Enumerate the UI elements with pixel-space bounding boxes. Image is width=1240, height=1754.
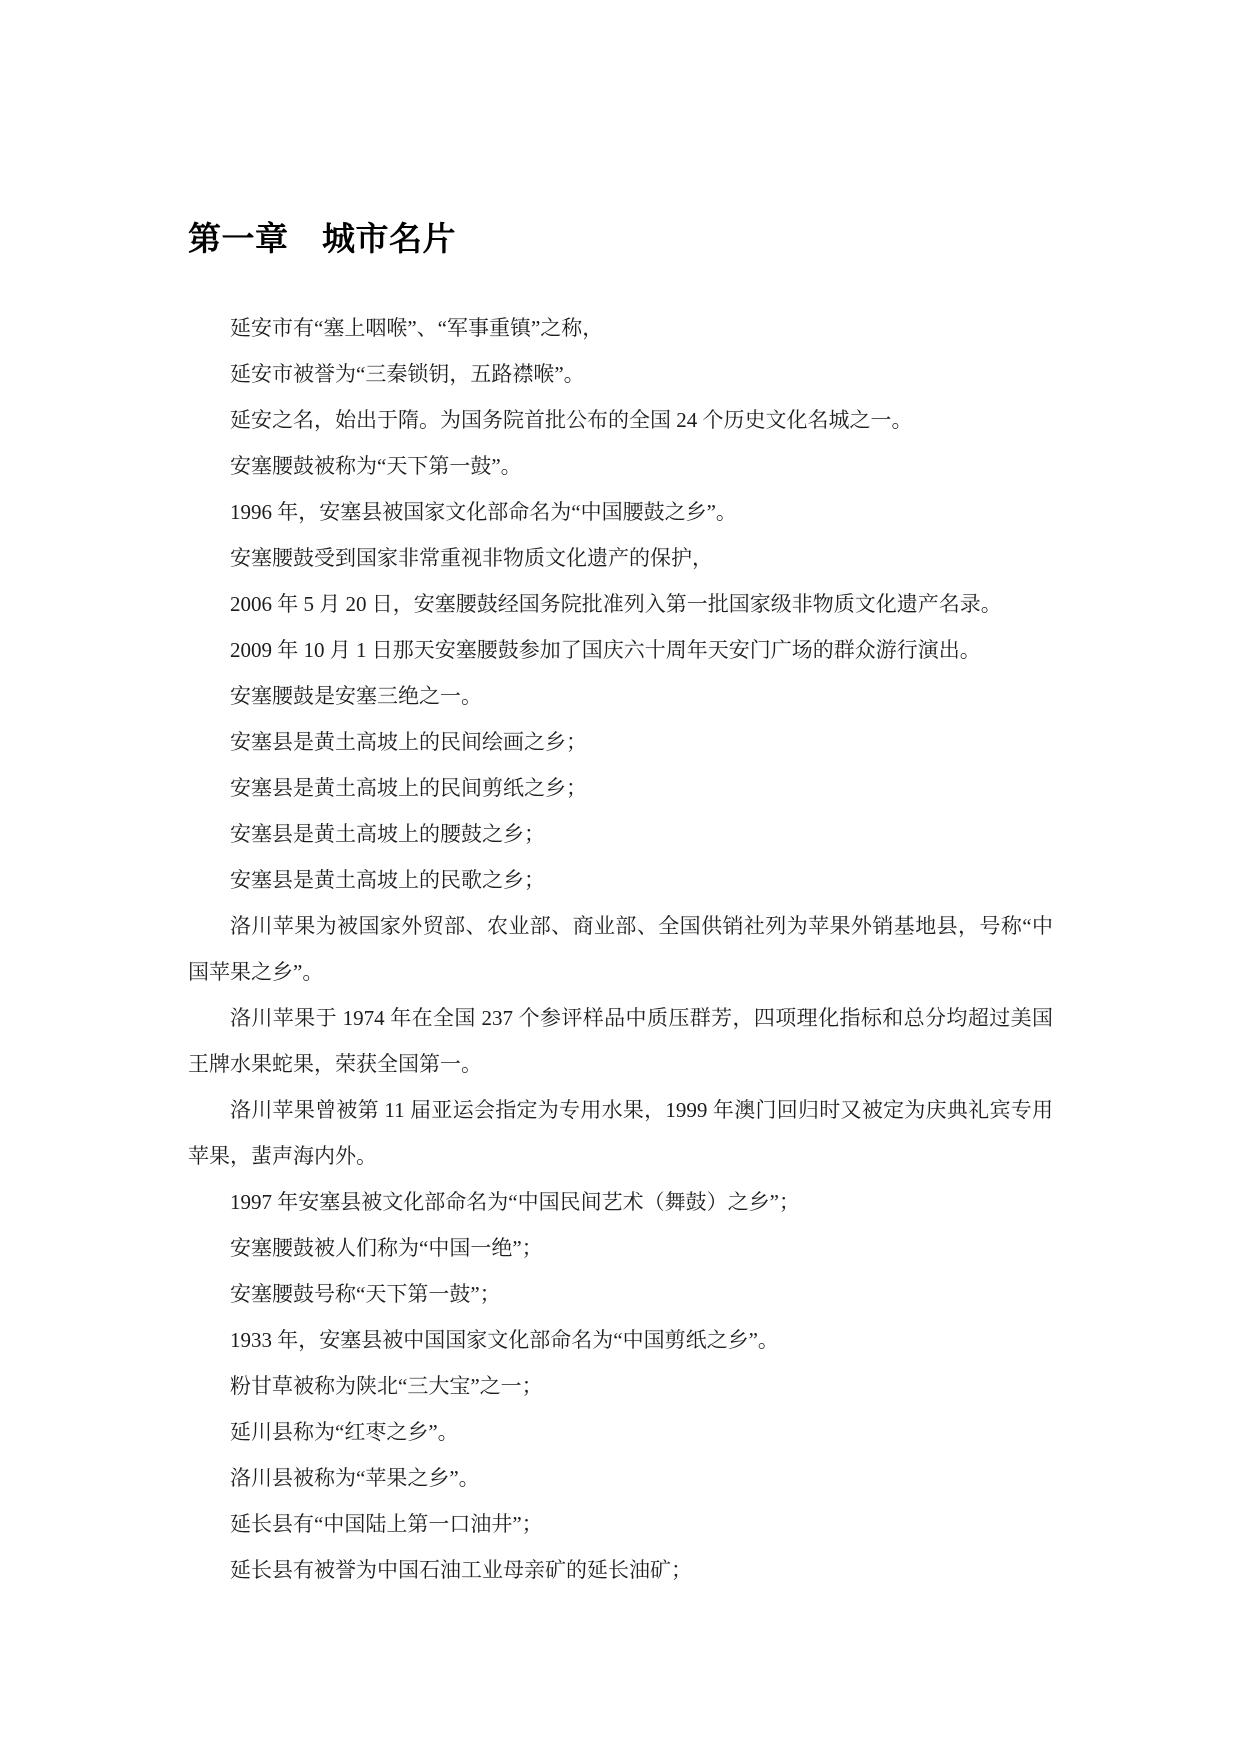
paragraph: 安塞县是黄土高坡上的民歌之乡；	[188, 857, 1053, 903]
paragraph: 延安市有“塞上咽喉”、“军事重镇”之称，	[188, 305, 1053, 351]
chapter-title: 第一章 城市名片	[188, 219, 1053, 258]
document-page: 第一章 城市名片 延安市有“塞上咽喉”、“军事重镇”之称，延安市被誉为“三秦锁钥…	[0, 0, 1240, 1754]
paragraph: 延长县有被誉为中国石油工业母亲矿的延长油矿；	[188, 1547, 1053, 1593]
paragraph: 洛川苹果曾被第 11 届亚运会指定为专用水果，1999 年澳门回归时又被定为庆典…	[188, 1087, 1053, 1179]
paragraph: 2006 年 5 月 20 日，安塞腰鼓经国务院批准列入第一批国家级非物质文化遗…	[188, 581, 1053, 627]
paragraph: 安塞腰鼓受到国家非常重视非物质文化遗产的保护，	[188, 535, 1053, 581]
paragraph: 延安市被誉为“三秦锁钥，五路襟喉”。	[188, 351, 1053, 397]
paragraph: 安塞腰鼓被称为“天下第一鼓”。	[188, 443, 1053, 489]
paragraph: 延长县有“中国陆上第一口油井”；	[188, 1501, 1053, 1547]
paragraph: 安塞腰鼓是安塞三绝之一。	[188, 673, 1053, 719]
paragraph: 安塞腰鼓被人们称为“中国一绝”；	[188, 1225, 1053, 1271]
paragraph: 洛川苹果于 1974 年在全国 237 个参评样品中质压群芳，四项理化指标和总分…	[188, 995, 1053, 1087]
paragraph: 延安之名，始出于隋。为国务院首批公布的全国 24 个历史文化名城之一。	[188, 397, 1053, 443]
paragraph: 1933 年，安塞县被中国国家文化部命名为“中国剪纸之乡”。	[188, 1317, 1053, 1363]
paragraph: 安塞县是黄土高坡上的腰鼓之乡；	[188, 811, 1053, 857]
paragraph: 安塞县是黄土高坡上的民间绘画之乡；	[188, 719, 1053, 765]
paragraph: 2009 年 10 月 1 日那天安塞腰鼓参加了国庆六十周年天安门广场的群众游行…	[188, 627, 1053, 673]
paragraph: 延川县称为“红枣之乡”。	[188, 1409, 1053, 1455]
body-text: 延安市有“塞上咽喉”、“军事重镇”之称，延安市被誉为“三秦锁钥，五路襟喉”。延安…	[188, 305, 1053, 1593]
paragraph: 洛川苹果为被国家外贸部、农业部、商业部、全国供销社列为苹果外销基地县，号称“中国…	[188, 903, 1053, 995]
paragraph: 粉甘草被称为陕北“三大宝”之一；	[188, 1363, 1053, 1409]
paragraph: 洛川县被称为“苹果之乡”。	[188, 1455, 1053, 1501]
paragraph: 安塞腰鼓号称“天下第一鼓”；	[188, 1271, 1053, 1317]
paragraph: 安塞县是黄土高坡上的民间剪纸之乡；	[188, 765, 1053, 811]
paragraph: 1997 年安塞县被文化部命名为“中国民间艺术（舞鼓）之乡”；	[188, 1179, 1053, 1225]
paragraph: 1996 年，安塞县被国家文化部命名为“中国腰鼓之乡”。	[188, 489, 1053, 535]
